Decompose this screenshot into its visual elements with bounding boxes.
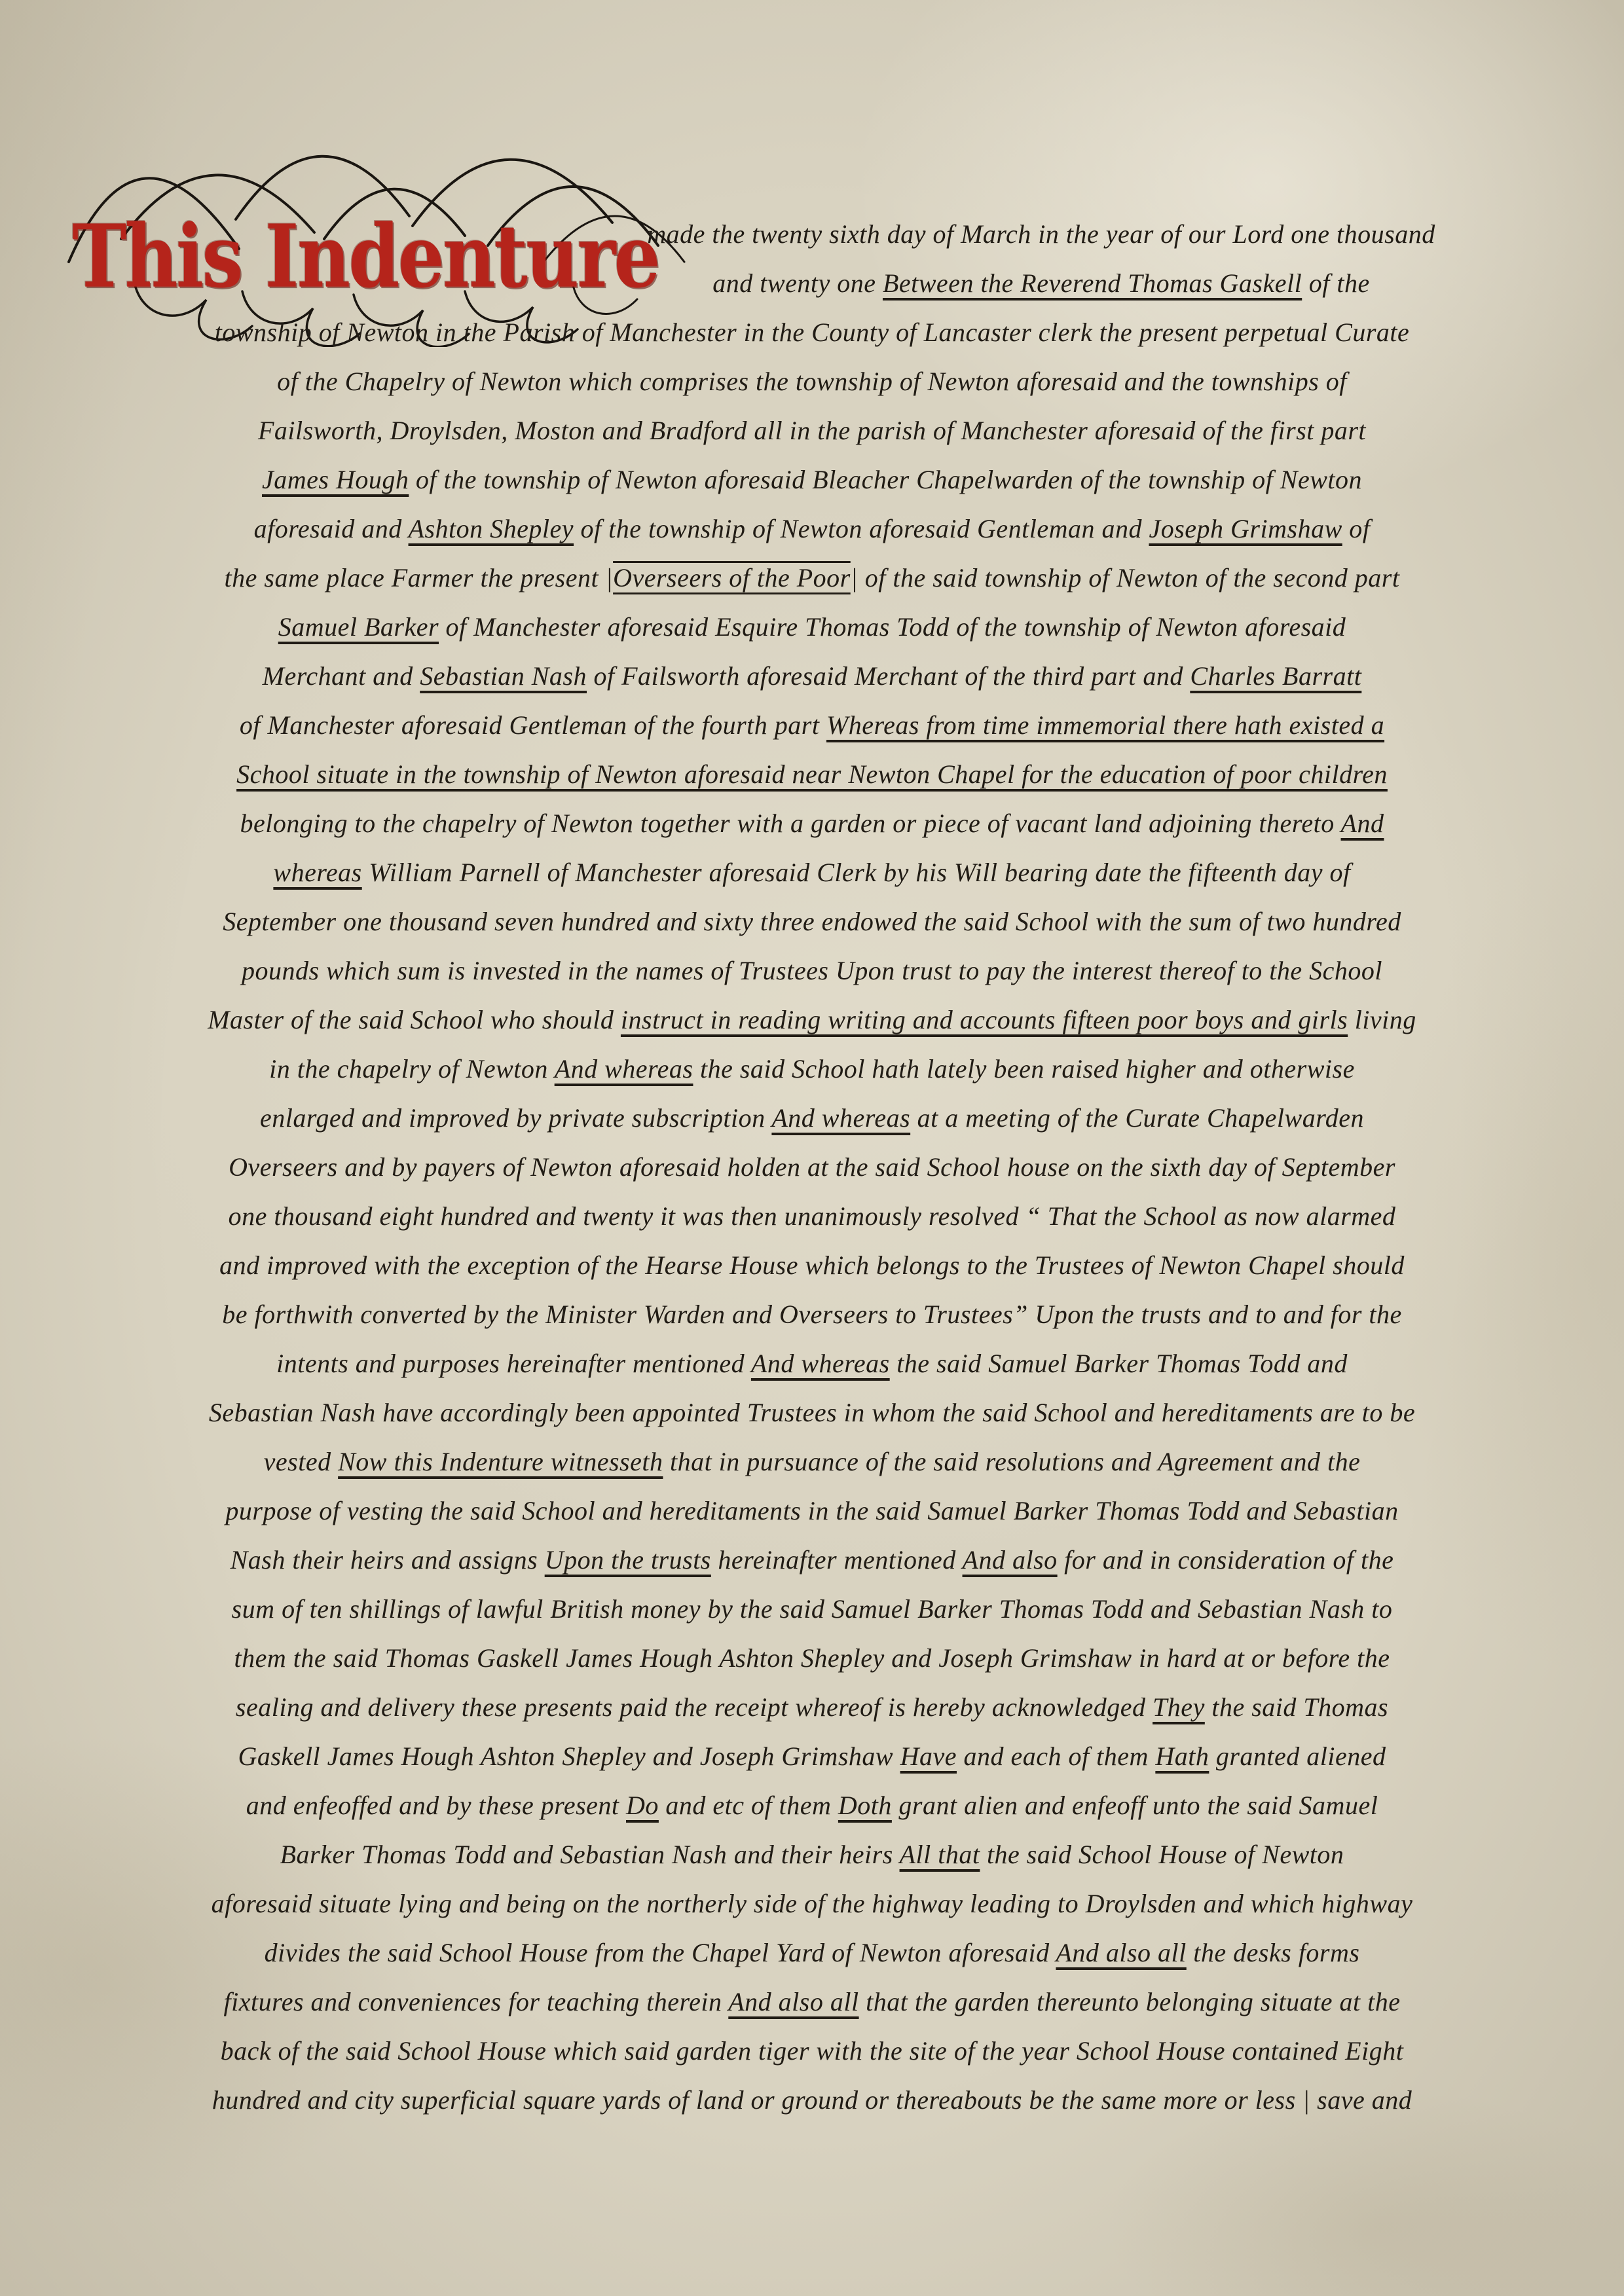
text-segment: Barker Thomas Todd and Sebastian Nash an… (280, 1840, 900, 1869)
text-segment: of Failsworth aforesaid Merchant of the … (587, 661, 1190, 691)
document-line: Master of the said School who should ins… (59, 995, 1565, 1044)
text-segment: that the garden thereunto belonging situ… (859, 1987, 1401, 2016)
document-line: of the Chapelry of Newton which comprise… (59, 357, 1565, 406)
text-segment: Master of the said School who should (208, 1005, 621, 1034)
document-line: Merchant and Sebastian Nash of Failswort… (59, 651, 1565, 701)
document-line: Gaskell James Hough Ashton Shepley and J… (59, 1732, 1565, 1781)
document-line: one thousand eight hundred and twenty it… (59, 1192, 1565, 1241)
text-segment: one thousand eight hundred and twenty it… (229, 1201, 1396, 1231)
text-segment: and twenty one (712, 268, 883, 298)
text-segment: enlarged and improved by private subscri… (260, 1103, 771, 1133)
underlined-phrase: And also all (1056, 1938, 1186, 1967)
underlined-phrase: Whereas from time immemorial there hath … (826, 710, 1384, 740)
text-segment: aforesaid and (254, 514, 409, 543)
text-segment: the desks forms (1187, 1938, 1360, 1967)
text-segment: made the twenty sixth day of March in th… (647, 219, 1435, 249)
text-segment: hundred and city superficial square yard… (212, 2085, 1412, 2115)
text-segment: back of the said School House which said… (221, 2036, 1404, 2066)
text-segment: belonging to the chapelry of Newton toge… (240, 809, 1341, 838)
document-line: vested Now this Indenture witnesseth tha… (59, 1437, 1565, 1486)
underlined-phrase: Have (900, 1741, 957, 1771)
document-line: Nash their heirs and assigns Upon the tr… (59, 1535, 1565, 1584)
document-body: made the twenty sixth day of March in th… (59, 210, 1565, 2124)
underlined-phrase: Samuel Barker (278, 612, 439, 642)
document-line: purpose of vesting the said School and h… (59, 1486, 1565, 1535)
text-segment: Sebastian Nash have accordingly been app… (209, 1398, 1415, 1427)
underlined-phrase: And whereas (771, 1103, 910, 1133)
text-segment: of the (1302, 268, 1369, 298)
text-segment: Gaskell James Hough Ashton Shepley and J… (238, 1741, 900, 1771)
document-line: belonging to the chapelry of Newton toge… (59, 799, 1565, 848)
text-segment: the said Thomas (1205, 1692, 1388, 1722)
document-line: pounds which sum is invested in the name… (59, 946, 1565, 995)
underlined-phrase: Sebastian Nash (420, 661, 587, 691)
underlined-phrase: School situate in the township of Newton… (236, 759, 1388, 789)
text-segment: William Parnell of Manchester aforesaid … (362, 858, 1351, 887)
document-line: Overseers and by payers of Newton afores… (59, 1142, 1565, 1192)
text-segment: the said School hath lately been raised … (693, 1054, 1354, 1084)
text-segment: and each of them (957, 1741, 1155, 1771)
underlined-phrase: Joseph Grimshaw (1149, 514, 1342, 543)
underlined-phrase: Ashton Shepley (409, 514, 574, 543)
underlined-phrase: And also (963, 1545, 1058, 1575)
text-segment: sealing and delivery these presents paid… (236, 1692, 1153, 1722)
indenture-document-page: This Indenture made the twenty sixth day… (0, 0, 1624, 2296)
text-segment: the said Samuel Barker Thomas Todd and (890, 1349, 1348, 1378)
text-segment: fixtures and conveniences for teaching t… (224, 1987, 729, 2016)
underlined-phrase: And (1341, 809, 1384, 838)
text-segment: divides the said School House from the C… (265, 1938, 1056, 1967)
text-segment: intents and purposes hereinafter mention… (276, 1349, 751, 1378)
text-segment: Nash their heirs and assigns (231, 1545, 545, 1575)
text-segment: of the township of Newton aforesaid Blea… (409, 465, 1362, 494)
text-segment: that in pursuance of the said resolution… (663, 1447, 1360, 1476)
text-segment: of the Chapelry of Newton which comprise… (277, 367, 1347, 396)
document-line: township of Newton in the Parish of Manc… (59, 308, 1565, 357)
text-segment: vested (264, 1447, 338, 1476)
document-line: divides the said School House from the C… (59, 1928, 1565, 1977)
text-segment: township of Newton in the Parish of Manc… (215, 318, 1410, 347)
document-line: September one thousand seven hundred and… (59, 897, 1565, 946)
document-line: fixtures and conveniences for teaching t… (59, 1977, 1565, 2026)
document-line: enlarged and improved by private subscri… (59, 1093, 1565, 1142)
text-segment: the same place Farmer the present | (225, 563, 614, 592)
text-segment: sum of ten shillings of lawful British m… (232, 1594, 1393, 1624)
document-line: aforesaid and Ashton Shepley of the town… (59, 504, 1565, 553)
text-segment: be forthwith converted by the Minister W… (222, 1300, 1402, 1329)
text-segment: the said School House of Newton (980, 1840, 1344, 1869)
document-line: James Hough of the township of Newton af… (59, 455, 1565, 504)
underlined-phrase: Hath (1155, 1741, 1209, 1771)
underlined-phrase: And also all (728, 1987, 858, 2016)
document-line: and improved with the exception of the H… (59, 1241, 1565, 1290)
document-line: Failsworth, Droylsden, Moston and Bradfo… (59, 406, 1565, 455)
document-line: Samuel Barker of Manchester aforesaid Es… (59, 602, 1565, 651)
document-line: intents and purposes hereinafter mention… (59, 1339, 1565, 1388)
underlined-phrase: Upon the trusts (545, 1545, 711, 1575)
document-line: be forthwith converted by the Minister W… (59, 1290, 1565, 1339)
document-line: and twenty one Between the Reverend Thom… (59, 259, 1565, 308)
document-line: the same place Farmer the present |Overs… (59, 553, 1565, 602)
text-segment: and improved with the exception of the H… (219, 1250, 1405, 1280)
document-line: back of the said School House which said… (59, 2026, 1565, 2075)
document-line: whereas William Parnell of Manchester af… (59, 848, 1565, 897)
text-segment: Overseers and by payers of Newton afores… (229, 1152, 1395, 1182)
document-line: School situate in the township of Newton… (59, 750, 1565, 799)
text-segment: | of the said township of Newton of the … (851, 563, 1400, 592)
text-segment: for and in consideration of the (1058, 1545, 1394, 1575)
document-line: sum of ten shillings of lawful British m… (59, 1584, 1565, 1633)
document-line: them the said Thomas Gaskell James Hough… (59, 1633, 1565, 1683)
underlined-phrase: James Hough (262, 465, 409, 494)
text-segment: September one thousand seven hundred and… (223, 907, 1401, 936)
text-segment: of Manchester aforesaid Esquire Thomas T… (439, 612, 1346, 642)
document-line: sealing and delivery these presents paid… (59, 1683, 1565, 1732)
text-segment: granted aliened (1209, 1741, 1386, 1771)
text-segment: pounds which sum is invested in the name… (242, 956, 1382, 985)
text-segment: of Manchester aforesaid Gentleman of the… (240, 710, 826, 740)
text-segment: living (1348, 1005, 1416, 1034)
text-segment: purpose of vesting the said School and h… (225, 1496, 1398, 1525)
text-segment: grant alien and enfeoff unto the said Sa… (892, 1791, 1378, 1820)
underlined-phrase: Between the Reverend Thomas Gaskell (883, 268, 1302, 298)
text-segment: at a meeting of the Curate Chapelwarden (910, 1103, 1364, 1133)
underlined-phrase: They (1153, 1692, 1205, 1722)
document-line: Sebastian Nash have accordingly been app… (59, 1388, 1565, 1437)
underlined-phrase: And whereas (555, 1054, 693, 1084)
document-line: Barker Thomas Todd and Sebastian Nash an… (59, 1830, 1565, 1879)
text-segment: Failsworth, Droylsden, Moston and Bradfo… (258, 416, 1366, 445)
underlined-phrase: instruct in reading writing and accounts… (621, 1005, 1348, 1034)
text-segment: and enfeoffed and by these present (246, 1791, 626, 1820)
document-line: in the chapelry of Newton And whereas th… (59, 1044, 1565, 1093)
text-segment: of (1342, 514, 1371, 543)
text-segment: and etc of them (659, 1791, 838, 1820)
document-line: aforesaid situate lying and being on the… (59, 1879, 1565, 1928)
document-line: hundred and city superficial square yard… (59, 2075, 1565, 2124)
document-line: made the twenty sixth day of March in th… (59, 210, 1565, 259)
underlined-phrase: whereas (273, 858, 361, 887)
text-segment: aforesaid situate lying and being on the… (212, 1889, 1413, 1918)
underlined-phrase: All that (900, 1840, 980, 1869)
document-line: of Manchester aforesaid Gentleman of the… (59, 701, 1565, 750)
underlined-phrase: Charles Barratt (1190, 661, 1361, 691)
underlined-phrase: And whereas (751, 1349, 890, 1378)
underlined-phrase: Now this Indenture witnesseth (338, 1447, 663, 1476)
document-line: and enfeoffed and by these present Do an… (59, 1781, 1565, 1830)
underlined-phrase: Doth (838, 1791, 892, 1820)
text-segment: of the township of Newton aforesaid Gent… (574, 514, 1149, 543)
underlined-phrase: Overseers of the Poor (613, 563, 851, 592)
underlined-phrase: Do (626, 1791, 659, 1820)
text-segment: Merchant and (263, 661, 420, 691)
text-segment: them the said Thomas Gaskell James Hough… (234, 1643, 1390, 1673)
text-segment: hereinafter mentioned (711, 1545, 963, 1575)
text-segment: in the chapelry of Newton (269, 1054, 555, 1084)
